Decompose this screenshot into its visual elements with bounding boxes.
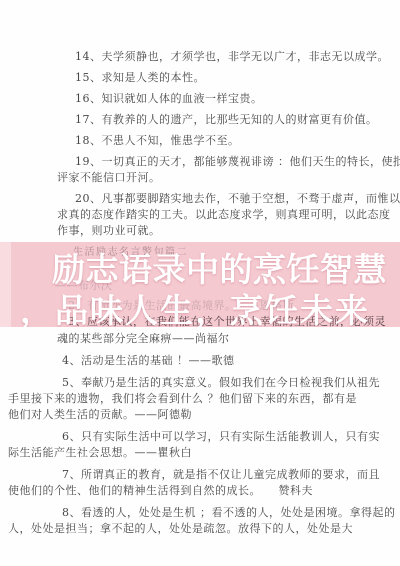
quotes-section-bottom: 魂的某些部分完全麻痹——尚福尔4、活动是生活的基础 ！——歌德5、奉献乃是生活的… <box>0 331 400 537</box>
quote-line: 17、有教养的人的遗产，比那些无知的人的财富更有价值。 <box>0 112 400 128</box>
quote-line: 使他们的个性、他们的精神生活得到自然的成长。 赞科夫 <box>0 483 400 499</box>
quote-line: 16、知识就如人体的血液一样宝贵。 <box>0 91 400 107</box>
quote-line: 14、夫学须静也，才须学也，非学无以广才，非志无以成学。 <box>0 49 400 65</box>
quote-line: 7、所谓真正的教育，就是指不仅让儿童完成教师的要求，而且 <box>0 467 400 483</box>
overlay-title: 励志语录中的烹饪智慧 ，品味人生，烹饪未来 <box>0 242 400 327</box>
quote-line: 人，处处是担当；拿不起的人，处处是疏忽。放得下的人，处处是大 <box>0 521 400 537</box>
quotes-section-top: 14、夫学须静也，才须学也，非学无以广才，非志无以成学。15、求知是人类的本性。… <box>0 0 400 239</box>
quote-line: 4、活动是生活的基础 ！——歌德 <box>0 353 400 369</box>
overlay-title-line1: 励志语录中的烹饪智慧 <box>52 249 400 290</box>
quote-line: 求真的态度作踏实的工夫。以此态度求学，则真理可明，以此态度 <box>0 207 400 223</box>
quote-line: 6、只有实际生活中可以学习，只有实际生活能教训人，只有实 <box>0 429 400 445</box>
document-page: 14、夫学须静也，才须学也，非学无以广才，非志无以成学。15、求知是人类的本性。… <box>0 0 400 566</box>
quote-line: 20、凡事都要脚踏实地去作，不驰于空想，不骛于虚声，而惟以 <box>0 191 400 207</box>
quote-line: 18、不患人不知，惟患学不至。 <box>0 133 400 149</box>
highlight-band: 生活励志名言警句篇二 ——布尔沃 2、有所作为是生活的最高境界。——恩格斯 3、… <box>0 242 400 327</box>
quote-line: 评家不能信口开河。 <box>0 170 400 186</box>
quote-line: 际生活能产生社会思想。——瞿秋白 <box>0 445 400 461</box>
quote-line: 手里接下来的遗物，我们将会看到什么 ？他们留下来的东西，都有是 <box>0 391 400 407</box>
quote-line: 19、一切真正的天才，都能够蔑视诽谤 ：他们天生的特长，使批 <box>0 154 400 170</box>
quote-line: 作事，则功业可就。 <box>0 223 400 239</box>
quote-line: 5、奉献乃是生活的真实意义。假如我们在今日检视我们从祖先 <box>0 375 400 391</box>
overlay-title-line2: ，品味人生，烹饪未来 <box>20 290 400 327</box>
quote-line: 15、求知是人类的本性。 <box>0 70 400 86</box>
quote-line: 8、看透的人，处处是生机 ；看不透的人，处处是困境。拿得起的 <box>0 505 400 521</box>
quote-line: 魂的某些部分完全麻痹——尚福尔 <box>0 331 400 347</box>
quote-line: 他们对人类生活的贡献。——阿德勒 <box>0 407 400 423</box>
